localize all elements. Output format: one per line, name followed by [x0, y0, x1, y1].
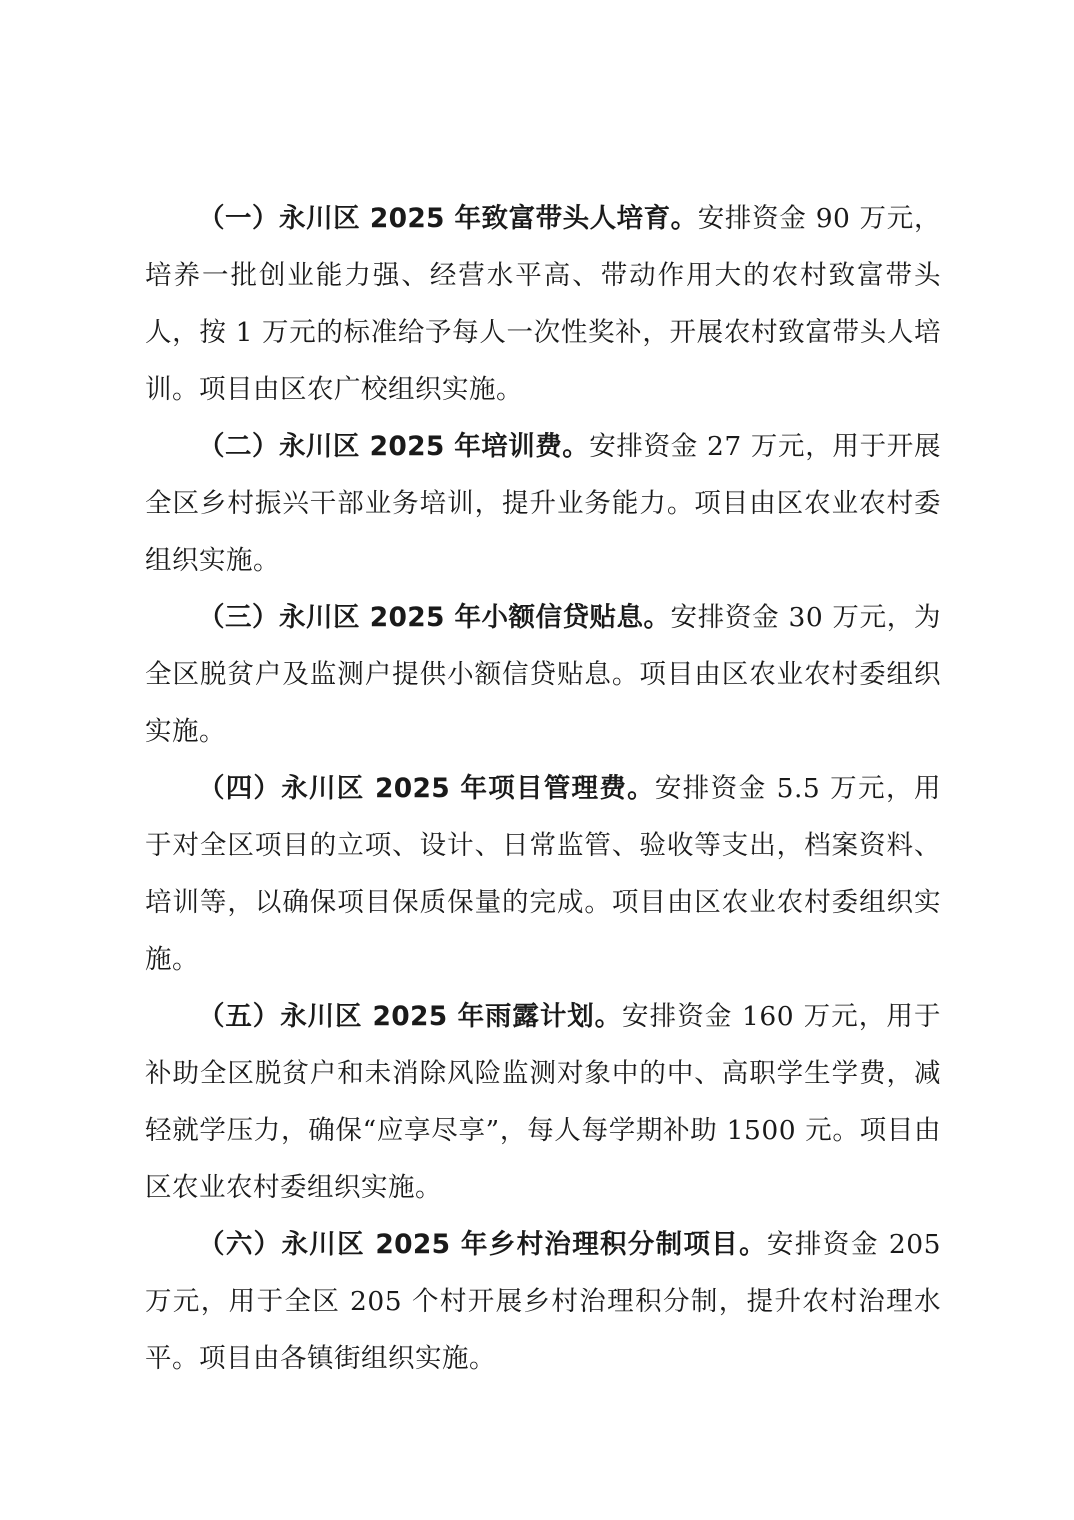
paragraph-5: （五）永川区 2025 年雨露计划。安排资金 160 万元，用于补助全区脱贫户和… [145, 988, 941, 1216]
paragraph-2-heading: （二）永川区 2025 年培训费。 [198, 431, 589, 462]
paragraph-1-heading: （一）永川区 2025 年致富带头人培育。 [198, 203, 698, 234]
paragraph-3-heading: （三）永川区 2025 年小额信贷贴息。 [198, 602, 671, 633]
paragraph-5-heading: （五）永川区 2025 年雨露计划。 [198, 1001, 622, 1032]
paragraph-6: （六）永川区 2025 年乡村治理积分制项目。安排资金 205 万元，用于全区 … [145, 1216, 941, 1387]
paragraph-3: （三）永川区 2025 年小额信贷贴息。安排资金 30 万元，为全区脱贫户及监测… [145, 589, 941, 760]
paragraph-2: （二）永川区 2025 年培训费。安排资金 27 万元，用于开展全区乡村振兴干部… [145, 418, 941, 589]
document-page: （一）永川区 2025 年致富带头人培育。安排资金 90 万元，培养一批创业能力… [145, 190, 941, 1387]
paragraph-6-heading: （六）永川区 2025 年乡村治理积分制项目。 [198, 1229, 767, 1260]
paragraph-4: （四）永川区 2025 年项目管理费。安排资金 5.5 万元，用于对全区项目的立… [145, 760, 941, 988]
paragraph-1: （一）永川区 2025 年致富带头人培育。安排资金 90 万元，培养一批创业能力… [145, 190, 941, 418]
paragraph-4-heading: （四）永川区 2025 年项目管理费。 [198, 773, 655, 804]
